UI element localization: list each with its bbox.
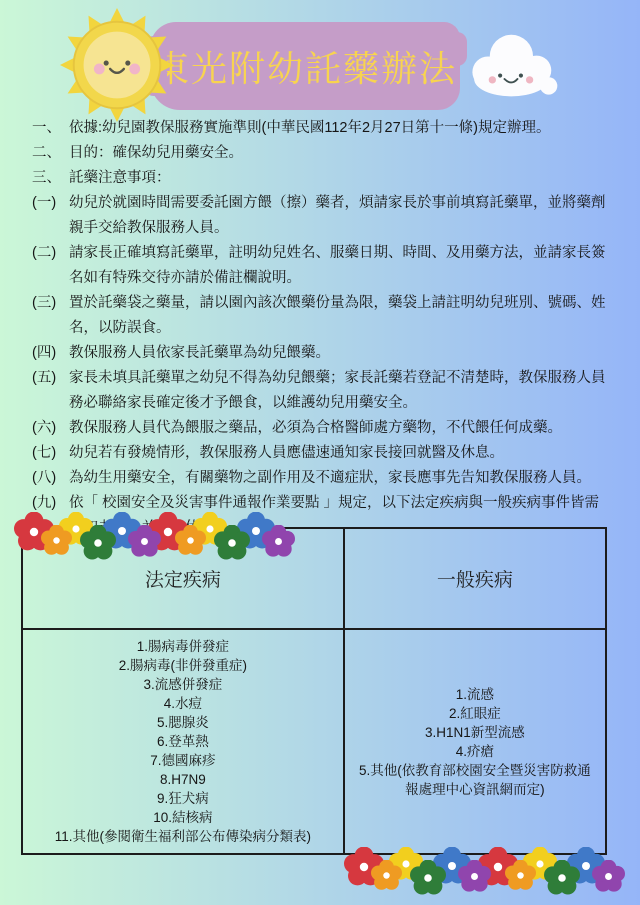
sun-icon [58, 6, 176, 124]
flower-garland-bottom [344, 847, 612, 892]
rule-text: 目的：確保幼兒用藥安全。 [69, 141, 612, 166]
rule-item: (七)幼兒若有發燒情形，教保服務人員應儘速通知家長接回就醫及休息。 [32, 441, 612, 466]
rule-item: (三)置於託藥袋之藥量，請以園內該次餵藥份量為限，藥袋上請註明幼兒班別、號碼、姓… [32, 291, 612, 341]
disease-item: 5.其他(依教育部校園安全暨災害防救通報處理中心資訊網而定) [355, 761, 595, 799]
flower-icon [214, 525, 250, 566]
general-disease-list: 1.流感2.紅眼症3.H1N1新型流感4.疥瘡5.其他(依教育部校園安全暨災害防… [345, 630, 605, 853]
page: 東光附幼託藥辦法 一、依據:幼兒園教保服務實施準則(中華民國112年2月27日第… [0, 0, 640, 905]
rule-item: (六)教保服務人員代為餵服之藥品，必須為合格醫師處方藥物，不代餵任何成藥。 [32, 416, 612, 441]
flower-icon [458, 860, 491, 898]
disease-item: 11.其他(參閱衛生福利部公布傳染病分類表) [55, 827, 311, 846]
disease-item: 1.流感 [456, 685, 494, 704]
disease-item: 1.腸病毒併發症 [137, 637, 229, 656]
flower-icon [544, 860, 580, 896]
flower-icon [371, 860, 402, 891]
rule-number: 三、 [32, 166, 69, 191]
flower-icon [458, 860, 491, 893]
disease-table: 法定疾病 1.腸病毒併發症2.腸病毒(非併發重症)3.流感併發症4.水痘5.腮腺… [21, 527, 607, 855]
disease-item: 6.登革熱 [157, 732, 209, 751]
flower-icon [80, 525, 116, 566]
rule-item: (五)家長未填具託藥單之幼兒不得為幼兒餵藥；家長託藥若登記不清楚時，教保服務人員… [32, 366, 612, 416]
disease-item: 9.狂犬病 [157, 789, 209, 808]
disease-item: 8.H7N9 [160, 770, 206, 789]
disease-item: 4.水痘 [164, 694, 202, 713]
cloud-icon [462, 24, 566, 108]
flower-icon [505, 860, 536, 896]
flower-icon [592, 860, 625, 898]
rule-text: 為幼生用藥安全，有關藥物之副作用及不適症狀，家長應事先告知教保服務人員。 [69, 466, 612, 491]
rule-text: 教保服務人員代為餵服之藥品，必須為合格醫師處方藥物，不代餵任何成藥。 [69, 416, 612, 441]
flower-icon [410, 860, 446, 901]
rule-item: (一)幼兒於就園時間需要委託園方餵（擦）藥者，煩請家長於事前填寫託藥單，並將藥劑… [32, 191, 612, 241]
flower-icon [41, 525, 72, 556]
flower-icon [505, 860, 536, 891]
page-title: 東光附幼託藥辦法 [153, 41, 457, 92]
disease-item: 2.紅眼症 [449, 704, 501, 723]
rule-item: 二、目的：確保幼兒用藥安全。 [32, 141, 612, 166]
flower-icon [262, 525, 295, 558]
flower-icon [410, 860, 446, 896]
general-disease-column: 一般疾病 1.流感2.紅眼症3.H1N1新型流感4.疥瘡5.其他(依教育部校園安… [345, 529, 605, 853]
rule-text: 教保服務人員依家長託藥單為幼兒餵藥。 [69, 341, 612, 366]
rule-item: 三、託藥注意事項： [32, 166, 612, 191]
flower-icon [128, 525, 161, 563]
flower-garland-top [14, 512, 282, 557]
disease-item: 3.H1N1新型流感 [425, 723, 525, 742]
rule-number: (五) [32, 366, 69, 416]
rule-number: (六) [32, 416, 69, 441]
disease-item: 7.德國麻疹 [150, 751, 215, 770]
rule-number: 二、 [32, 141, 69, 166]
rule-number: (七) [32, 441, 69, 466]
disease-item: 2.腸病毒(非併發重症) [119, 656, 247, 675]
rule-number: (八) [32, 466, 69, 491]
rule-number: (二) [32, 241, 69, 291]
flower-icon [214, 525, 250, 561]
flower-icon [544, 860, 580, 901]
flower-icon [175, 525, 206, 561]
rule-item: (八)為幼生用藥安全，有關藥物之副作用及不適症狀，家長應事先告知教保服務人員。 [32, 466, 612, 491]
disease-item: 10.結核病 [153, 808, 212, 827]
rule-text: 置於託藥袋之藥量，請以園內該次餵藥份量為限，藥袋上請註明幼兒班別、號碼、姓名，以… [69, 291, 612, 341]
statutory-disease-list: 1.腸病毒併發症2.腸病毒(非併發重症)3.流感併發症4.水痘5.腮腺炎6.登革… [23, 630, 343, 853]
flower-icon [41, 525, 72, 561]
rule-text: 幼兒於就園時間需要委託園方餵（擦）藥者，煩請家長於事前填寫託藥單，並將藥劑親手交… [69, 191, 612, 241]
flower-icon [128, 525, 161, 558]
rule-text: 請家長正確填寫託藥單，註明幼兒姓名、服藥日期、時間、及用藥方法，並請家長簽名如有… [69, 241, 612, 291]
disease-item: 4.疥瘡 [456, 742, 494, 761]
rule-number: (一) [32, 191, 69, 241]
rule-number: (四) [32, 341, 69, 366]
flower-icon [80, 525, 116, 561]
column-header-general: 一般疾病 [345, 529, 605, 630]
flower-icon [592, 860, 625, 893]
rules-list: 一、依據:幼兒園教保服務實施準則(中華民國112年2月27日第十一條)規定辦理。… [32, 116, 612, 541]
rule-text: 家長未填具託藥單之幼兒不得為幼兒餵藥；家長託藥若登記不清楚時，教保服務人員務必聯… [69, 366, 612, 416]
rule-number: (三) [32, 291, 69, 341]
rule-item: (二)請家長正確填寫託藥單，註明幼兒姓名、服藥日期、時間、及用藥方法，並請家長簽… [32, 241, 612, 291]
disease-item: 3.流感併發症 [144, 675, 223, 694]
title-banner: 東光附幼託藥辦法 [150, 22, 460, 110]
rule-text: 幼兒若有發燒情形，教保服務人員應儘速通知家長接回就醫及休息。 [69, 441, 612, 466]
rule-item: (四)教保服務人員依家長託藥單為幼兒餵藥。 [32, 341, 612, 366]
statutory-disease-column: 法定疾病 1.腸病毒併發症2.腸病毒(非併發重症)3.流感併發症4.水痘5.腮腺… [23, 529, 345, 853]
flower-icon [371, 860, 402, 896]
flower-icon [262, 525, 295, 563]
flower-icon [175, 525, 206, 556]
disease-item: 5.腮腺炎 [157, 713, 209, 732]
rule-text: 託藥注意事項： [69, 166, 612, 191]
